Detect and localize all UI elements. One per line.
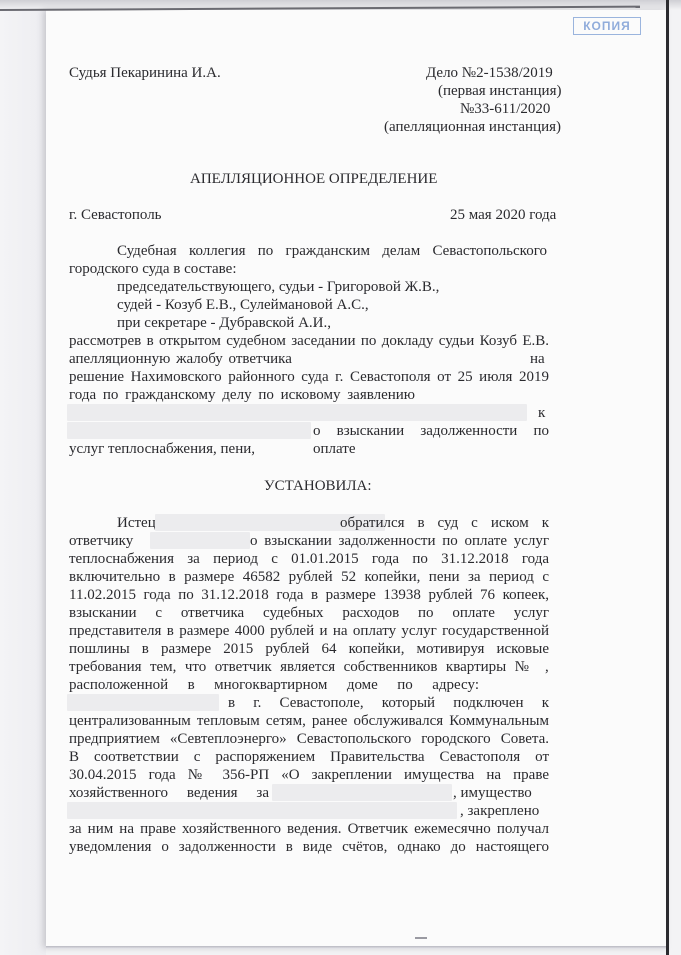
body-line: 11.02.2015 года по 31.12.2018 года в раз…: [69, 586, 549, 604]
body-line: ответчику: [69, 532, 133, 550]
page-bottom-border: [46, 946, 666, 949]
case-number-appeal: №33-611/2020: [460, 100, 550, 118]
intro-line: апелляционную жалобу ответчика: [69, 350, 292, 368]
case-number-appeal-note: (апелляционная инстанция): [384, 118, 561, 136]
intro-line: рассмотрев в открытом судебном заседании…: [69, 332, 549, 350]
body-line: теплоснабжения за период с 01.01.2015 го…: [69, 550, 549, 568]
case-number-first: Дело №2-1538/2019: [426, 64, 553, 82]
redacted-address: [67, 694, 219, 711]
redacted-organization: [272, 784, 452, 801]
body-line: , закреплено: [460, 802, 539, 820]
page-footer-mark: [415, 937, 427, 939]
copy-stamp: КОПИЯ: [573, 17, 641, 35]
intro-line: услуг теплоснабжения, пени,: [69, 440, 255, 458]
body-line: в г. Севастополе, который подключен к: [228, 694, 549, 712]
body-line: ,: [545, 658, 549, 676]
intro-line: при секретаре - Дубравской А.И.,: [117, 314, 331, 332]
intro-line: на: [530, 350, 545, 368]
body-line: уведомления о задолженности в виде счёто…: [69, 838, 549, 856]
body-line: требования тем, что ответчик является со…: [69, 658, 529, 676]
body-line: представителя в размере 4000 рублей и на…: [69, 622, 549, 640]
body-line: расположенной в многоквартирном доме по …: [69, 676, 479, 694]
intro-line: года по гражданскому делу по исковому за…: [69, 386, 415, 404]
intro-line: о взыскании задолженности по оплате: [313, 422, 549, 458]
intro-line: к: [538, 404, 545, 422]
place: г. Севастополь: [69, 206, 162, 224]
body-line: включительно в размере 46582 рублей 52 к…: [69, 568, 549, 586]
section-title: УСТАНОВИЛА:: [264, 477, 372, 495]
body-line: пошлины в размере 2015 рублей 64 копейки…: [69, 640, 549, 658]
intro-line: судей - Козуб Е.В., Сулеймановой А.С.,: [117, 296, 369, 314]
body-line: хозяйственного ведения за: [69, 784, 269, 802]
body-line: обратился в суд с иском к: [340, 514, 549, 532]
body-line: , имущество: [453, 784, 532, 802]
page-right-border: [666, 0, 669, 955]
document-date: 25 мая 2020 года: [450, 206, 556, 224]
body-line: о взыскании задолженности по оплате услу…: [250, 532, 549, 550]
body-line: В соответствии с распоряжением Правитель…: [69, 748, 549, 766]
body-line: взыскании с ответчика судебных расходов …: [69, 604, 549, 622]
intro-line: председательствующего, судьи - Григорово…: [117, 278, 439, 296]
judge-name: Судья Пекаринина И.А.: [69, 64, 221, 82]
case-number-first-note: (первая инстанция): [438, 82, 561, 100]
redacted-defendant: [150, 532, 250, 549]
scan-background-left: [0, 0, 46, 955]
intro-line: Судебная коллегия по гражданским делам С…: [117, 242, 547, 260]
redacted-defendant: [67, 422, 311, 439]
document-title: АПЕЛЛЯЦИОННОЕ ОПРЕДЕЛЕНИЕ: [190, 170, 437, 188]
redacted-plaintiff: [67, 404, 527, 421]
body-line: предприятием «Севтеплоэнерго» Севастопол…: [69, 730, 549, 748]
body-line: централизованным тепловым сетям, ранее о…: [69, 712, 549, 730]
body-line: Истец: [117, 514, 156, 532]
redacted-property: [67, 802, 457, 819]
intro-line: решение Нахимовского районного суда г. С…: [69, 368, 549, 386]
body-line: 30.04.2015 года № 356-РП «О закреплении …: [69, 766, 549, 784]
body-line: за ним на праве хозяйственного ведения. …: [69, 820, 549, 838]
intro-line: городского суда в составе:: [69, 260, 236, 278]
